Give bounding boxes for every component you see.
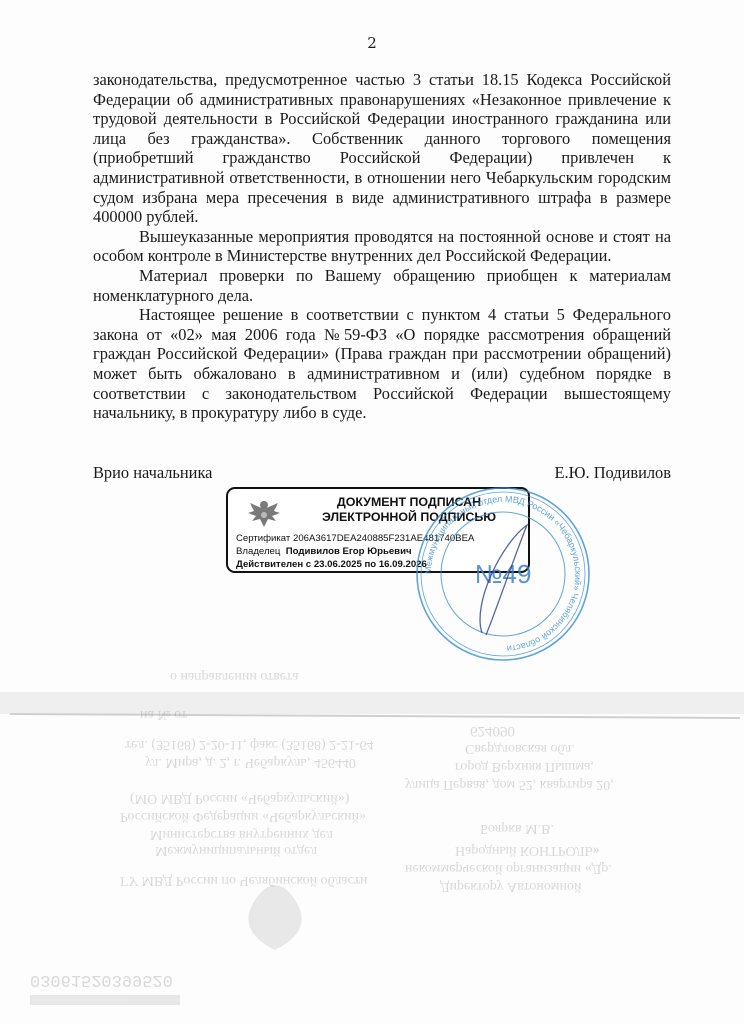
- certificate-value: 206A3617DEA240885F231AE481740BEA: [293, 533, 474, 544]
- bleed-through-text: некоммерческой организации «Др.: [405, 860, 612, 876]
- esig-title-line1: ДОКУМЕНТ ПОДПИСАН: [294, 495, 524, 510]
- paragraph-case-file: Материал проверки по Вашему обращению пр…: [93, 266, 671, 305]
- signatory-name: Е.Ю. Подивилов: [555, 463, 671, 483]
- paragraph-appeal-rights: Настоящее решение в соответствии с пункт…: [93, 305, 671, 423]
- letter-body: законодательства, предусмотренное частью…: [93, 70, 671, 423]
- owner-value: Подивилов Егор Юрьевич: [286, 546, 412, 557]
- bleed-through-text: ул. Мира, д. 2, г. Чебаркуль, 456440: [145, 754, 356, 770]
- bleed-through-text: тел. (35168) 2-20-11, факс (35168) 2-21-…: [125, 736, 374, 752]
- certificate-label: Сертификат: [236, 533, 290, 544]
- signature-row: Врио начальника Е.Ю. Подивилов: [93, 463, 671, 483]
- page-number: 2: [0, 34, 744, 52]
- paragraph-violation: законодательства, предусмотренное частью…: [93, 70, 671, 227]
- bleed-through-text: Народный КОНТРОЛЬ»: [455, 842, 600, 858]
- bleed-through-text: ГУ МВД России по Челябинской области: [120, 872, 367, 888]
- bleed-through-text: Межмуниципальный отдел: [155, 842, 317, 858]
- bleed-through-text: улица Первая, дом 52, квартира 20,: [405, 776, 614, 792]
- bleed-through-text: Директору Автономной: [440, 878, 582, 894]
- bleed-through-text: на № от: [140, 706, 187, 722]
- esig-owner: Владелец Подивилов Егор Юрьевич: [236, 546, 412, 557]
- esig-title: ДОКУМЕНТ ПОДПИСАН ЭЛЕКТРОННОЙ ПОДПИСЬЮ: [294, 495, 524, 525]
- bleed-through-text: Бояркв М.В.: [480, 820, 554, 836]
- bleed-through-text: (МО МВД России «Чебаркульский»): [130, 790, 349, 806]
- owner-label: Владелец: [236, 546, 280, 557]
- esig-validity: Действителен с 23.06.2025 по 16.09.2026: [236, 559, 427, 570]
- esig-certificate: Сертификат 206A3617DEA240885F231AE481740…: [236, 533, 474, 544]
- bleed-through-barcode-number: 03061520399520: [30, 970, 173, 989]
- bleed-through-text: город Верхняя Пышма,: [455, 758, 594, 774]
- paragraph-ongoing-measures: Вышеуказанные мероприятия проводятся на …: [93, 227, 671, 266]
- esig-title-line2: ЭЛЕКТРОННОЙ ПОДПИСЬЮ: [294, 510, 524, 525]
- signatory-position: Врио начальника: [93, 463, 212, 483]
- bleed-through-text: Российской Федерации «Чебаркульский»: [120, 808, 366, 824]
- bleed-through-text: о направлении ответа: [170, 668, 299, 684]
- bleed-through-text: Свердловская обл.: [465, 740, 575, 756]
- mvd-emblem-icon: [246, 495, 282, 531]
- electronic-signature-stamp: ДОКУМЕНТ ПОДПИСАН ЭЛЕКТРОННОЙ ПОДПИСЬЮ С…: [226, 487, 530, 573]
- bleed-through-text: 624090: [470, 722, 515, 739]
- bleed-through-text: Министерства внутренних дел: [150, 826, 333, 842]
